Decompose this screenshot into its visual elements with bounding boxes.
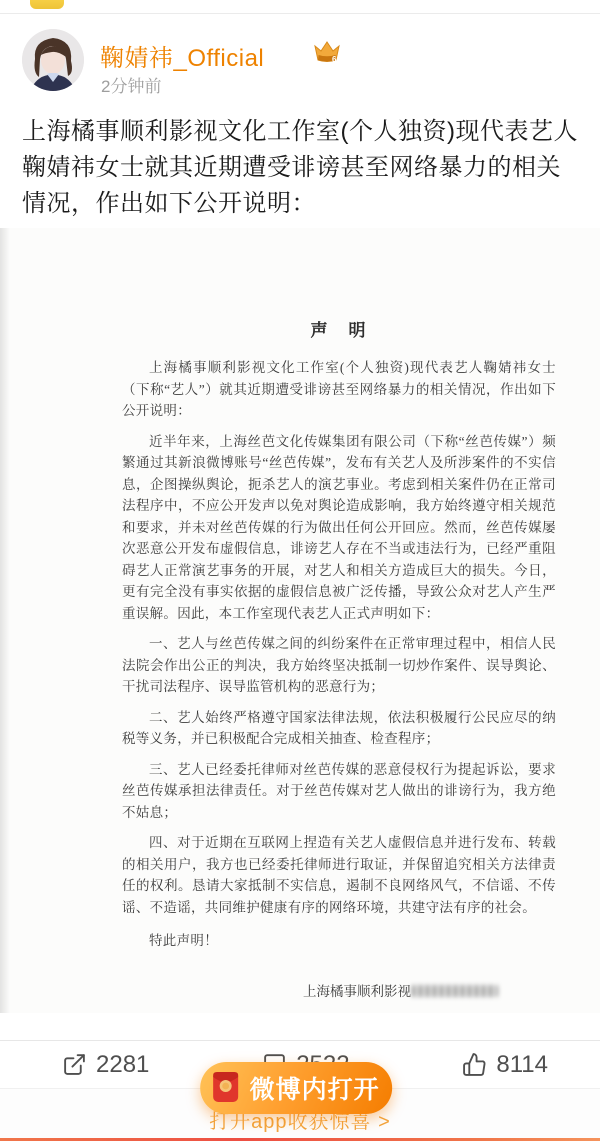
document-title: 声 明 — [122, 316, 556, 341]
document-paragraph: 一、艺人与丝芭传媒之间的纠纷案件在正常审理过程中，相信人民法院会作出公正的判决，… — [122, 633, 556, 698]
share-count: 2281 — [96, 1051, 149, 1079]
avatar[interactable] — [22, 29, 84, 91]
signature-blurred-stamp — [412, 985, 498, 997]
document-paragraph: 近半年来，上海丝芭文化传媒集团有限公司（下称“丝芭传媒”）频繁通过其新浪微博账号… — [122, 431, 556, 625]
timestamp: 2分钟前 — [101, 72, 161, 97]
document-paragraph: 二、艺人始终严格遵守国家法律法规，依法积极履行公民应尽的纳税等义务，并已积极配合… — [122, 707, 556, 750]
post-text: 上海橘事顺利影视文化工作室(个人独资)现代表艺人鞠婧祎女士就其近期遭受诽谤甚至网… — [22, 114, 584, 222]
document-paragraph: 四、对于近期在互联网上捏造有关艺人虚假信息并进行发布、转载的相关用户，我方也已经… — [122, 832, 556, 918]
divider — [0, 13, 600, 14]
document-paragraph: 上海橘事顺利影视文化工作室(个人独资)现代表艺人鞠婧祎女士（下称“艺人”）就其近… — [122, 357, 556, 422]
username[interactable]: 鞠婧祎_Official — [100, 38, 264, 73]
open-in-weibo-button[interactable]: 微博内打开 — [200, 1062, 392, 1114]
document-signature: 上海橘事顺利影视 — [122, 980, 556, 1000]
vip-crown-icon: 6 — [312, 38, 342, 66]
top-button-fragment[interactable] — [30, 0, 64, 9]
share-button[interactable]: 2281 — [62, 1051, 149, 1079]
like-count: 8114 — [496, 1051, 548, 1079]
vip-level-number: 6 — [332, 55, 337, 64]
open-in-weibo-label: 微博内打开 — [250, 1070, 380, 1106]
document-closing: 特此声明！ — [122, 930, 556, 952]
document-paragraph: 三、艺人已经委托律师对丝芭传媒的恶意侵权行为提起诉讼，要求丝芭传媒承担法律责任。… — [122, 759, 556, 824]
like-button[interactable]: 8114 — [462, 1051, 548, 1079]
share-icon — [62, 1052, 87, 1077]
thumbs-up-icon — [462, 1052, 487, 1077]
avatar-image — [22, 29, 84, 91]
signature-text: 上海橘事顺利影视 — [303, 984, 411, 999]
weibo-post-page: 鞠婧祎_Official 6 2分钟前 上海橘事顺利影视文化工作室(个人独资)现… — [0, 0, 600, 1141]
red-envelope-icon — [213, 1071, 240, 1106]
statement-document-image[interactable]: 声 明 上海橘事顺利影视文化工作室(个人独资)现代表艺人鞠婧祎女士（下称“艺人”… — [0, 228, 600, 1013]
